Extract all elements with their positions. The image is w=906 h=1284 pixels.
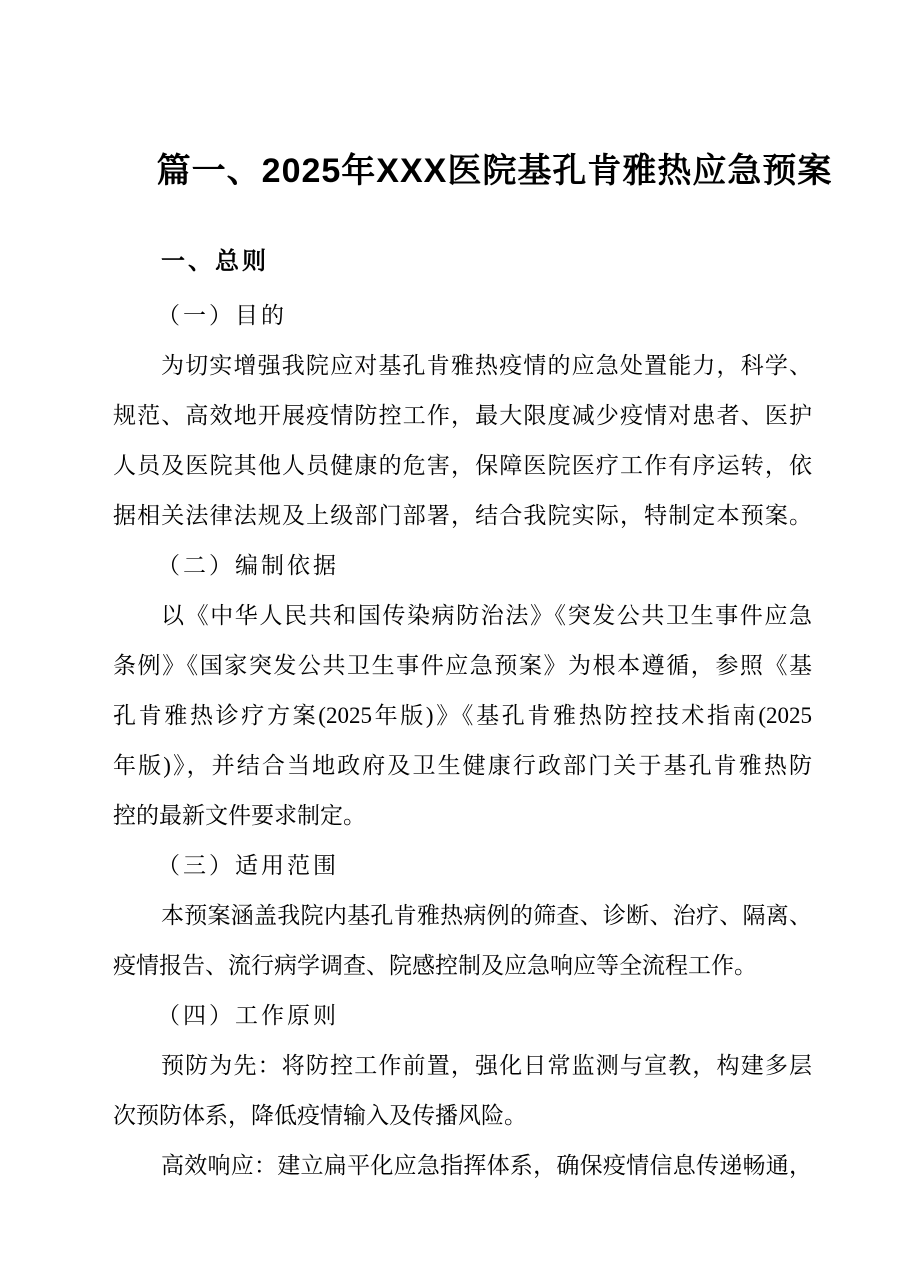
document-page: 篇一、2025年XXX医院基孔肯雅热应急预案 一、总则 （一）目的 为切实增强我… <box>0 0 906 1284</box>
document-line: 人员及医院其他人员健康的危害，保障医院医疗工作有序运转，依 <box>113 441 812 491</box>
subsection-heading-basis: （二）编制依据 <box>113 541 812 591</box>
document-line: 高效响应：建立扁平化应急指挥体系，确保疫情信息传递畅通， <box>113 1141 812 1191</box>
document-line: 规范、高效地开展疫情防控工作，最大限度减少疫情对患者、医护 <box>113 391 812 441</box>
document-line: 以《中华人民共和国传染病防治法》《突发公共卫生事件应急 <box>113 591 812 641</box>
subsection-heading-purpose: （一）目的 <box>113 291 812 341</box>
document-line: 据相关法律法规及上级部门部署，结合我院实际，特制定本预案。 <box>113 491 812 541</box>
subsection-heading-principles: （四）工作原则 <box>113 991 812 1041</box>
document-line: 孔肯雅热诊疗方案(2025年版)》《基孔肯雅热防控技术指南(2025 <box>113 691 812 741</box>
document-line: 控的最新文件要求制定。 <box>113 791 812 841</box>
document-content: 篇一、2025年XXX医院基孔肯雅热应急预案 一、总则 （一）目的 为切实增强我… <box>113 145 812 1191</box>
section-heading-general-rules: 一、总则 <box>113 242 812 282</box>
subsection-heading-scope: （三）适用范围 <box>113 841 812 891</box>
body-text: （一）目的 为切实增强我院应对基孔肯雅热疫情的应急处置能力，科学、 规范、高效地… <box>113 291 812 1191</box>
document-title: 篇一、2025年XXX医院基孔肯雅热应急预案 <box>145 145 844 197</box>
document-line: 本预案涵盖我院内基孔肯雅热病例的筛查、诊断、治疗、隔离、 <box>113 891 812 941</box>
document-line: 年版)》，并结合当地政府及卫生健康行政部门关于基孔肯雅热防 <box>113 741 812 791</box>
document-line: 预防为先：将防控工作前置，强化日常监测与宣教，构建多层 <box>113 1041 812 1091</box>
document-line: 次预防体系，降低疫情输入及传播风险。 <box>113 1091 812 1141</box>
document-line: 疫情报告、流行病学调查、院感控制及应急响应等全流程工作。 <box>113 941 812 991</box>
document-line: 条例》《国家突发公共卫生事件应急预案》为根本遵循，参照《基 <box>113 641 812 691</box>
document-line: 为切实增强我院应对基孔肯雅热疫情的应急处置能力，科学、 <box>113 341 812 391</box>
